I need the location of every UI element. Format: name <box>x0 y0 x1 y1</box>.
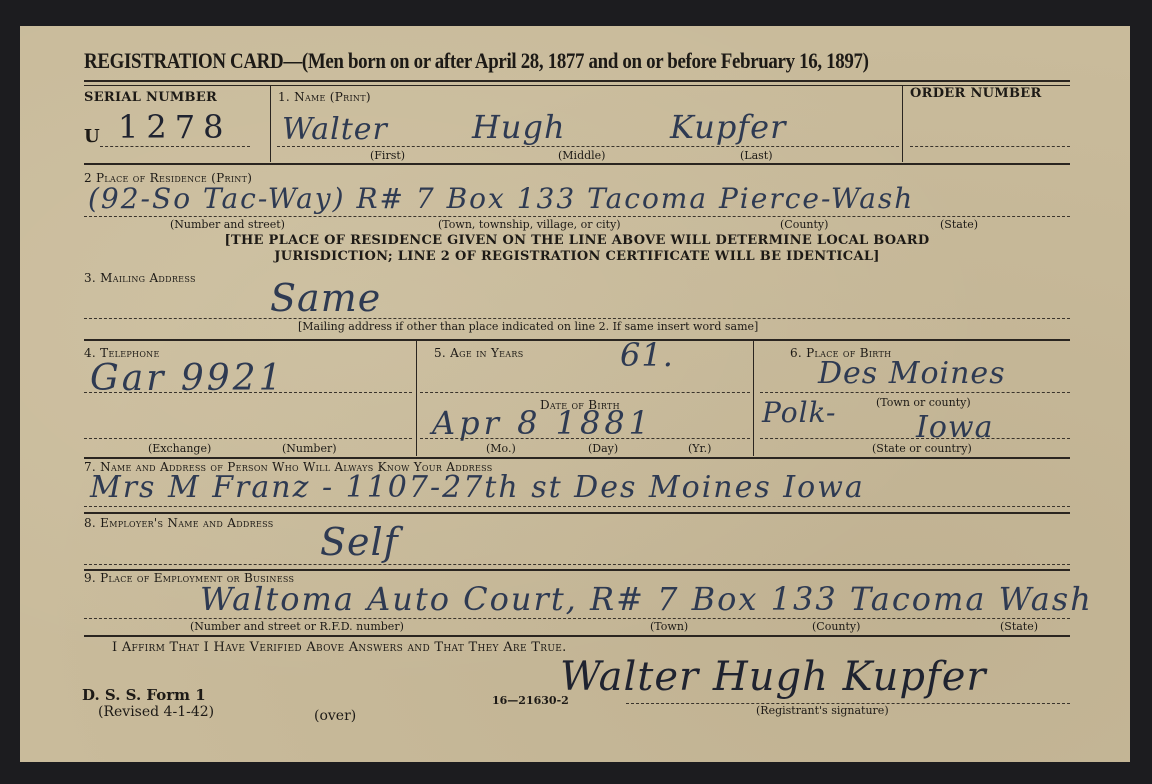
jurisdiction-notice-line1: [THE PLACE OF RESIDENCE GIVEN ON THE LIN… <box>84 233 1070 248</box>
first-caption: (First) <box>370 149 405 162</box>
employment-town-caption: (Town) <box>650 620 688 633</box>
birth-town-line <box>760 392 1070 393</box>
dob-line <box>420 438 750 439</box>
mailing-address-label: 3. Mailing Address <box>84 271 196 285</box>
number-caption: (Number) <box>282 442 337 455</box>
serial-prefix: U <box>84 126 100 147</box>
employer-label: 8. Employer's Name and Address <box>84 516 274 530</box>
over-note: (over) <box>314 708 356 724</box>
order-number-line <box>910 146 1070 147</box>
exchange-caption: (Exchange) <box>148 442 211 455</box>
last-caption: (Last) <box>740 149 773 162</box>
name-label: 1. Name (Print) <box>278 90 371 104</box>
divider <box>84 339 1070 341</box>
divider <box>84 635 1070 637</box>
birth-town-value: Des Moines <box>818 356 1006 391</box>
county-caption: (County) <box>780 218 828 231</box>
state-caption: (State) <box>940 218 978 231</box>
place-of-employment-value: Waltoma Auto Court, R# 7 Box 133 Tacoma … <box>200 580 1093 618</box>
middle-name-value: Hugh <box>472 108 566 146</box>
order-number-label: ORDER NUMBER <box>910 86 1042 101</box>
serial-number-value: 1278 <box>118 108 231 146</box>
card-title: REGISTRATION CARD—(Men born on or after … <box>84 48 869 74</box>
divider <box>84 457 1070 459</box>
mailing-address-value: Same <box>270 276 381 320</box>
residence-value: (92-So Tac-Way) R# 7 Box 133 Tacoma Pier… <box>88 182 914 215</box>
signature-value: Walter Hugh Kupfer <box>560 654 987 700</box>
affirmation-text: I Affirm That I Have Verified Above Answ… <box>112 640 567 655</box>
divider <box>416 340 417 456</box>
age-label: 5. Age in Years <box>434 346 524 360</box>
employment-line <box>84 618 1070 619</box>
telephone-line <box>84 392 412 393</box>
serial-line <box>100 146 250 147</box>
divider <box>270 86 271 162</box>
residence-line <box>84 216 1070 217</box>
employment-county-caption: (County) <box>812 620 860 633</box>
registration-card: REGISTRATION CARD—(Men born on or after … <box>20 26 1130 762</box>
telephone-line-2 <box>84 438 412 439</box>
month-caption: (Mo.) <box>486 442 516 455</box>
birth-state-line <box>760 438 1070 439</box>
date-of-birth-value: Apr 8 1881 <box>432 404 653 442</box>
signature-caption: (Registrant's signature) <box>756 704 889 717</box>
print-code: 16—21630-2 <box>492 694 569 707</box>
street-caption: (Number and street) <box>170 218 285 231</box>
divider <box>84 80 1070 82</box>
divider <box>902 86 903 162</box>
divider <box>84 512 1070 514</box>
contact-person-value: Mrs M Franz - 1107-27th st Des Moines Io… <box>90 470 865 505</box>
last-name-value: Kupfer <box>670 108 786 146</box>
birth-state-value: Iowa <box>916 410 993 445</box>
divider <box>84 163 1070 165</box>
name-line <box>277 146 899 147</box>
employer-line <box>84 564 1070 565</box>
contact-line <box>84 506 1070 507</box>
employment-street-caption: (Number and street or R.F.D. number) <box>190 620 404 633</box>
form-revised: (Revised 4-1-42) <box>98 704 214 720</box>
state-or-country-caption: (State or country) <box>872 442 972 455</box>
mailing-line <box>84 318 1070 319</box>
jurisdiction-notice-line2: JURISDICTION; LINE 2 OF REGISTRATION CER… <box>84 249 1070 264</box>
day-caption: (Day) <box>588 442 618 455</box>
birth-county-value: Polk- <box>762 396 836 429</box>
divider <box>753 340 754 456</box>
age-value: 61. <box>620 336 674 374</box>
town-or-county-caption: (Town or county) <box>876 396 971 409</box>
first-name-value: Walter <box>282 112 388 147</box>
age-line <box>420 392 750 393</box>
middle-caption: (Middle) <box>558 149 605 162</box>
year-caption: (Yr.) <box>688 442 711 455</box>
town-caption: (Town, township, village, or city) <box>438 218 621 231</box>
form-name: D. S. S. Form 1 <box>82 686 206 704</box>
mailing-caption: [Mailing address if other than place ind… <box>298 320 758 333</box>
serial-number-label: SERIAL NUMBER <box>84 90 217 105</box>
employer-value: Self <box>320 520 399 564</box>
employment-state-caption: (State) <box>1000 620 1038 633</box>
